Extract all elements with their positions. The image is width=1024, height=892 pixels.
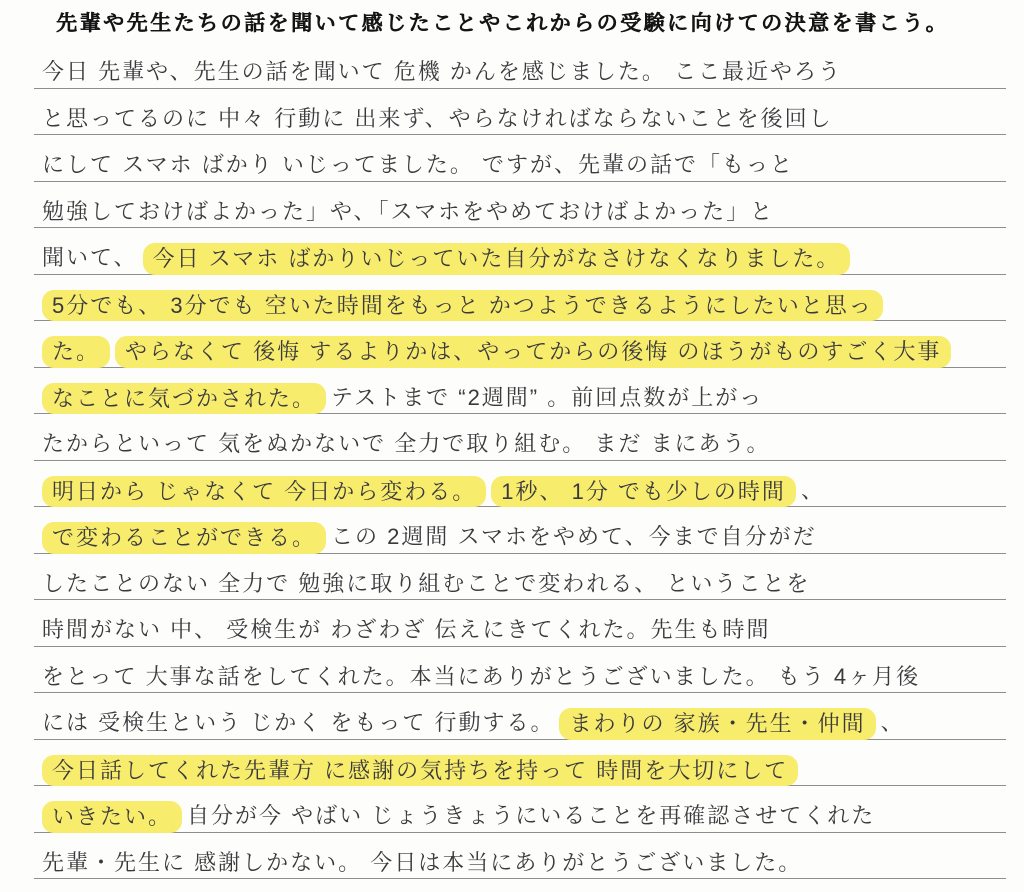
highlighted-text: 明日から じゃなくて 今日から変わる。 [42,476,486,507]
handwritten-text: 聞いて、 [42,245,138,271]
handwritten-text: 時間がない 中、 受検生が わざわざ 伝えにきてくれた。先生も時間 [42,617,770,643]
ruled-line: なことに気づかされた。テストまで “2週間” 。前回点数が上がっ [34,368,1006,415]
ruled-line: 明日から じゃなくて 今日から変わる。1秒、 1分 でも少しの時間、 [34,461,1006,508]
highlighted-text: で変わることができる。 [42,522,326,553]
handwritten-text: たからといって 気をぬかないで 全力で取り組む。 まだ まにあう。 [42,431,770,457]
highlighted-text: 今日 スマホ ばかりいじっていた自分がなさけなくなりました。 [143,243,851,274]
ruled-line: にして スマホ ばかり いじってました。 ですが、先輩の話で「もっと [34,135,1006,182]
ruled-line: 今日話してくれた先輩方 に感謝の気持ちを持って 時間を大切にして [34,740,1006,787]
highlighted-text: 1秒、 1分 でも少しの時間 [491,476,796,507]
essay-body: 今日 先輩や、先生の話を聞いて 危機 かんを感じました。 ここ最近やろうと思って… [34,42,1006,879]
handwritten-text: 、 [881,710,905,736]
worksheet-prompt: 先輩や先生たちの話を聞いて感じたことやこれからの受験に向けての決意を書こう。 [56,7,1000,37]
ruled-line: 聞いて、今日 スマホ ばかりいじっていた自分がなさけなくなりました。 [34,228,1006,275]
ruled-line: 今日 先輩や、先生の話を聞いて 危機 かんを感じました。 ここ最近やろう [34,42,1006,89]
highlighted-text: た。 [42,336,110,367]
handwritten-text: 先輩・先生に 感謝しかない。 今日は本当にありがとうございました。 [42,850,802,876]
highlighted-text: なことに気づかされた。 [42,383,326,414]
highlighted-text: やらなくて 後悔 するよりかは、やってからの後悔 のほうがものすごく大事 [115,336,951,367]
handwritten-text: には 受検生という じかく をもって 行動する。 [42,710,554,736]
handwritten-text: テストまで “2週間” 。前回点数が上がっ [331,385,763,411]
handwritten-text: この 2週間 スマホをやめて、今まで自分がだ [331,524,817,550]
highlighted-text: 今日話してくれた先輩方 に感謝の気持ちを持って 時間を大切にして [42,755,798,786]
ruled-line: 時間がない 中、 受検生が わざわざ 伝えにきてくれた。先生も時間 [34,600,1006,647]
ruled-line: た。やらなくて 後悔 するよりかは、やってからの後悔 のほうがものすごく大事 [34,321,1006,368]
ruled-line: いきたい。自分が今 やばい じょうきょうにいることを再確認させてくれた [34,786,1006,833]
ruled-line: には 受検生という じかく をもって 行動する。まわりの 家族・先生・仲間、 [34,693,1006,740]
ruled-line: たからといって 気をぬかないで 全力で取り組む。 まだ まにあう。 [34,414,1006,461]
handwritten-text: したことのない 全力で 勉強に取り組むことで変われる、 ということを [42,571,810,597]
handwritten-text: 勉強しておけばよかった」や、「スマホをやめておけばよかった」と [42,199,774,225]
handwritten-text: にして スマホ ばかり いじってました。 ですが、先輩の話で「もっと [42,152,794,178]
ruled-line: をとって 大事な話をしてくれた。本当にありがとうございました。 もう 4ヶ月後 [34,647,1006,694]
ruled-line: 先輩・先生に 感謝しかない。 今日は本当にありがとうございました。 [34,833,1006,880]
ruled-line: 勉強しておけばよかった」や、「スマホをやめておけばよかった」と [34,182,1006,229]
worksheet-page: 先輩や先生たちの話を聞いて感じたことやこれからの受験に向けての決意を書こう。 今… [0,0,1024,892]
ruled-line: したことのない 全力で 勉強に取り組むことで変われる、 ということを [34,554,1006,601]
highlighted-text: 5分でも、 3分でも 空いた時間をもっと かつようできるようにしたいと思っ [42,290,883,321]
ruled-line: で変わることができる。この 2週間 スマホをやめて、今まで自分がだ [34,507,1006,554]
handwritten-text: をとって 大事な話をしてくれた。本当にありがとうございました。 もう 4ヶ月後 [42,664,920,690]
ruled-line: と思ってるのに 中々 行動に 出来ず、やらなければならないことを後回し [34,89,1006,136]
highlighted-text: まわりの 家族・先生・仲間 [559,708,875,739]
handwritten-text: と思ってるのに 中々 行動に 出来ず、やらなければならないことを後回し [42,106,833,132]
handwritten-text: 自分が今 やばい じょうきょうにいることを再確認させてくれた [187,803,875,829]
handwritten-text: 今日 先輩や、先生の話を聞いて 危機 かんを感じました。 ここ最近やろう [42,59,842,85]
handwritten-text: 、 [801,478,825,504]
ruled-line: 5分でも、 3分でも 空いた時間をもっと かつようできるようにしたいと思っ [34,275,1006,322]
highlighted-text: いきたい。 [42,801,182,832]
